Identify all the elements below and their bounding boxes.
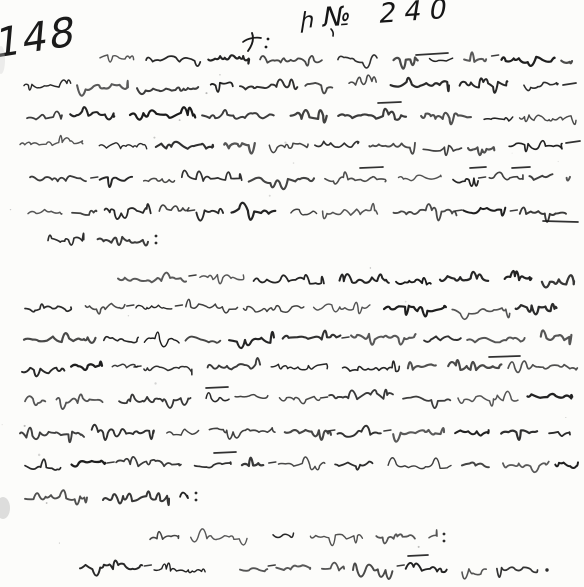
header-cross-mark bbox=[243, 33, 269, 51]
paragraph-1 bbox=[20, 52, 580, 245]
manuscript-page: 148 ի№ 240 bbox=[0, 0, 584, 587]
closing-lines bbox=[80, 529, 549, 579]
scan-speckles bbox=[2, 74, 567, 548]
scan-smudge bbox=[0, 46, 10, 519]
stray-ink-tick bbox=[331, 29, 333, 36]
handwriting-ink bbox=[0, 0, 584, 587]
paragraph-2 bbox=[20, 271, 578, 505]
